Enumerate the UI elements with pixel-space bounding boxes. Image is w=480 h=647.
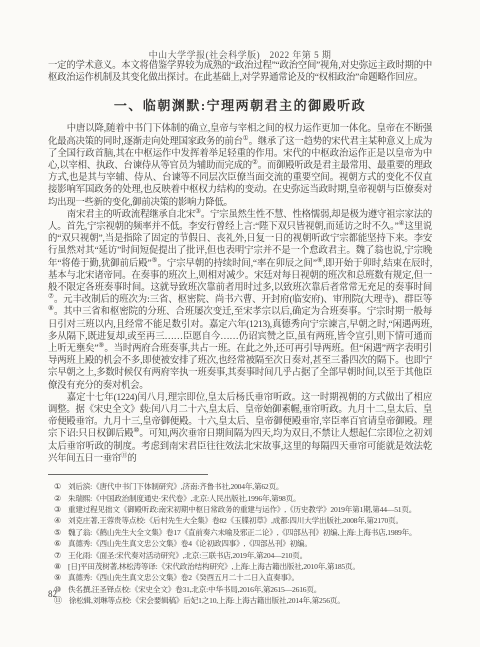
footnote-item: ⑧ [日]平田茂树著,林松涛等译:《宋代政治结构研究》,上海:上海古籍出版社,2… <box>54 561 432 572</box>
footnote-item: ④ 刘克庄著,王蓉贵等点校:《后村先生大全集》卷82《玉牒初草》,成都:四川大学… <box>54 515 432 526</box>
footnote-item: ① 刘后滨:《唐代中书门下体制研究》,济南:齐鲁书社,2004年,第62页。 <box>54 481 432 492</box>
body-paragraph-1: 中唐以降,随着中书门下体制的确立,皇帝与宰相之间的权力运作更加一体化。皇帝在不断… <box>48 123 432 208</box>
journal-page: 中山大学学报(社会科学版) 2022 年第 5 期 一定的学术意义。本文将借鉴学… <box>0 0 480 647</box>
footnote-marker: ⑦ <box>54 550 61 561</box>
footnote-item: ② 朱瑞熙:《中国政治制度通史·宋代卷》,北京:人民出版社,1996年,第98页… <box>54 493 432 504</box>
footnote-marker: ⑤ <box>54 527 61 538</box>
footnote-divider <box>48 474 208 475</box>
footnote-text: 刘后滨:《唐代中书门下体制研究》,济南:齐鲁书社,2004年,第62页。 <box>68 481 432 492</box>
footnote-text: 真德秀:《西山先生真文忠公文集》卷4《论初政四事》,《四部丛刊》初编。 <box>68 538 432 549</box>
page-number: 82 <box>48 589 57 599</box>
footnote-text: 王化雨:《面圣:宋代奏对活动研究》,北京:三联书店,2019年,第204—210… <box>68 550 432 561</box>
footnote-item: ③ 重建过程见拙文《御殿听政:南宋初期中枢日常政务的重建与运作》,《历史教学》2… <box>54 504 432 515</box>
footnote-item: ⑥ 真德秀:《西山先生真文忠公文集》卷4《论初政四事》,《四部丛刊》初编。 <box>54 538 432 549</box>
section-heading: 一、临朝渊默:宁理两朝君主的御殿听政 <box>48 95 432 114</box>
footnote-text: 魏了翁:《鹤山先生大全文集》卷17《直前奏六未喻及邪正二论》,《四部丛刊》初编,… <box>68 527 432 538</box>
footnote-marker: ② <box>54 493 61 504</box>
footnote-text: 徐松辑,刘琳等点校:《宋会要辑稿》后妃1之10,上海:上海古籍出版社,2014年… <box>69 595 432 606</box>
body-paragraph-2: 南宋君主的听政流程继承自北宋③。宁宗虽然生性不慧、性格懦弱,却是极为遵守祖宗家法… <box>48 209 432 392</box>
footnote-text: 佚名撰,汪圣铎点校:《宋史全文》卷31,北京:中华书局,2016年,第2615—… <box>68 584 432 595</box>
journal-header: 中山大学学报(社会科学版) 2022 年第 5 期 <box>0 0 480 60</box>
footnote-item: ⑩ 佚名撰,汪圣铎点校:《宋史全文》卷31,北京:中华书局,2016年,第261… <box>54 584 432 595</box>
footnote-text: 刘克庄著,王蓉贵等点校:《后村先生大全集》卷82《玉牒初草》,成都:四川大学出版… <box>68 515 432 526</box>
body-paragraph-3: 嘉定十七年(1224)闰八月,理宗即位,皇太后杨氏垂帘听政。这一时期视朝的方式做… <box>48 392 432 465</box>
footnote-text: 重建过程见拙文《御殿听政:南宋初期中枢日常政务的重建与运作》,《历史教学》201… <box>68 504 432 515</box>
footnote-text: 朱瑞熙:《中国政治制度通史·宋代卷》,北京:人民出版社,1996年,第98页。 <box>68 493 432 504</box>
footnote-item: ⑨ 真德秀:《西山先生真文忠公文集》卷2《癸酉五月二十二日入直奏事》。 <box>54 572 432 583</box>
footnote-text: 真德秀:《西山先生真文忠公文集》卷2《癸酉五月二十二日入直奏事》。 <box>68 572 432 583</box>
footnote-item: ⑪ 徐松辑,刘琳等点校:《宋会要辑稿》后妃1之10,上海:上海古籍出版社,201… <box>54 595 432 606</box>
footnote-marker: ① <box>54 481 61 492</box>
footnote-marker: ⑥ <box>54 538 61 549</box>
article-content: 一定的学术意义。本文将借鉴学界较为成熟的“政治过程”“政治空间”视角,对史弥远主… <box>48 60 432 607</box>
intro-paragraph: 一定的学术意义。本文将借鉴学界较为成熟的“政治过程”“政治空间”视角,对史弥远主… <box>48 60 432 84</box>
footnote-marker: ③ <box>54 504 61 515</box>
footnote-marker: ⑨ <box>54 572 61 583</box>
footnote-item: ⑤ 魏了翁:《鹤山先生大全文集》卷17《直前奏六未喻及邪正二论》,《四部丛刊》初… <box>54 527 432 538</box>
footnote-item: ⑦ 王化雨:《面圣:宋代奏对活动研究》,北京:三联书店,2019年,第204—2… <box>54 550 432 561</box>
footnote-list: ① 刘后滨:《唐代中书门下体制研究》,济南:齐鲁书社,2004年,第62页。 ②… <box>48 481 432 606</box>
footnote-text: [日]平田茂树著,林松涛等译:《宋代政治结构研究》,上海:上海古籍出版社,201… <box>68 561 432 572</box>
footnote-marker: ⑧ <box>54 561 61 572</box>
footnote-marker: ④ <box>54 515 61 526</box>
